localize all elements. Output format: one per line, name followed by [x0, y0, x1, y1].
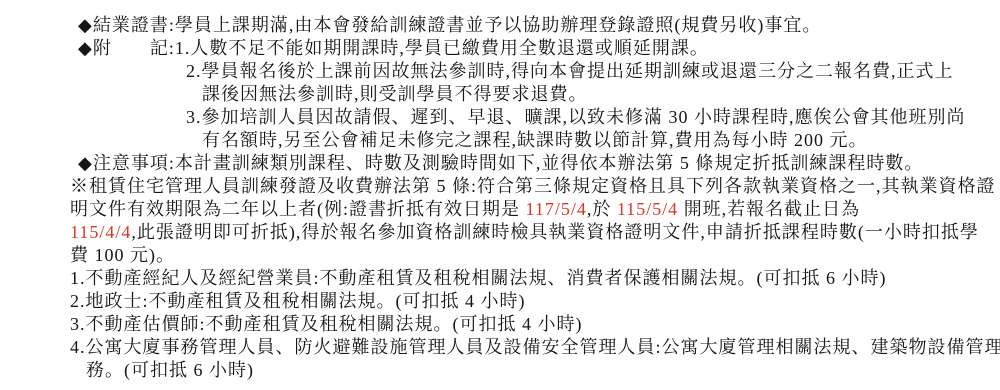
regulation-note-2-text-b: ,於	[587, 199, 617, 219]
line-regulation-note-3: 115/4/4,此張證明即可折抵),得於報名參加資格訓練時檢具執業資格證明文件,…	[70, 221, 990, 244]
line-regulation-note-1: ※租賃住宅管理人員訓練發證及收費辦法第 5 條:符合第三條規定資格且具下列各款執…	[70, 175, 990, 198]
appendix-item-3-text: 3.參加培訓人員因故請假、遲到、早退、曠課,以致未修滿 30 小時課程時,應俟公…	[186, 107, 966, 127]
line-offset-item-4: 4.公寓大廈事務管理人員、防火避難設施管理人員及設備安全管理人員:公寓大廈管理相…	[70, 336, 990, 359]
date-cert-valid: 117/5/4	[526, 199, 587, 219]
completion-certificate-text: 結業證書:學員上課期滿,由本會發給訓練證書並予以協助辦理登錄證照(規費另收)事宜…	[93, 15, 822, 35]
offset-item-4-cont-text: 務。(可扣抵 6 小時)	[86, 360, 254, 380]
date-class-start: 115/5/4	[617, 199, 678, 219]
appendix-item-3-cont-text: 有名額時,另至公會補足未修完之課程,缺課時數以節計算,費用為每小時 200 元。	[202, 130, 868, 150]
offset-item-2-text: 2.地政士:不動產租賃及租稅相關法規。(可扣抵 4 小時)	[70, 291, 526, 311]
diamond-bullet-icon: ◆	[78, 38, 93, 58]
diamond-bullet-icon: ◆	[78, 153, 93, 173]
appendix-item-2-text: 2.學員報名後於上課前因故無法參訓時,得向本會提出延期訓練或退還三分之二報名費,…	[186, 61, 954, 81]
regulation-note-4-text: 費 100 元)。	[70, 245, 175, 265]
document-page: ◆結業證書:學員上課期滿,由本會發給訓練證書並予以協助辦理登錄證照(規費另收)事…	[0, 0, 1000, 390]
line-offset-item-2: 2.地政士:不動產租賃及租稅相關法規。(可扣抵 4 小時)	[70, 290, 990, 313]
date-registration-deadline: 115/4/4	[70, 222, 131, 242]
line-appendix-item-2: 2.學員報名後於上課前因故無法參訓時,得向本會提出延期訓練或退還三分之二報名費,…	[70, 60, 990, 83]
line-notice: ◆注意事項:本計畫訓練類別課程、時數及測驗時間如下,並得依本辦法第 5 條規定折…	[70, 152, 990, 175]
line-appendix-item-3: 3.參加培訓人員因故請假、遲到、早退、曠課,以致未修滿 30 小時課程時,應俟公…	[70, 106, 990, 129]
appendix-item-1-text: 附 記:1.人數不足不能如期開課時,學員已繳費用全數退還或順延開課。	[93, 38, 709, 58]
offset-item-1-text: 1.不動產經紀人及經紀營業員:不動產租賃及租稅相關法規、消費者保護相關法規。(可…	[70, 268, 887, 288]
line-appendix-item-3-cont: 有名額時,另至公會補足未修完之課程,缺課時數以節計算,費用為每小時 200 元。	[70, 129, 990, 152]
regulation-note-3-text: ,此張證明即可折抵),得於報名參加資格訓練時檢具執業資格證明文件,申請折抵課程時…	[131, 222, 978, 242]
appendix-item-2-cont-text: 課後因無法參訓時,則受訓學員不得要求退費。	[202, 84, 588, 104]
regulation-note-2-text-c: 開班,若報名截止日為	[678, 199, 860, 219]
line-offset-item-1: 1.不動產經紀人及經紀營業員:不動產租賃及租稅相關法規、消費者保護相關法規。(可…	[70, 267, 990, 290]
regulation-note-2-text-a: 明文件有效期限為二年以上者(例:證書折抵有效日期是	[70, 199, 526, 219]
line-completion-certificate: ◆結業證書:學員上課期滿,由本會發給訓練證書並予以協助辦理登錄證照(規費另收)事…	[70, 14, 990, 37]
line-offset-item-3: 3.不動產估價師:不動產租賃及租稅相關法規。(可扣抵 4 小時)	[70, 313, 990, 336]
offset-item-4-text: 4.公寓大廈事務管理人員、防火避難設施管理人員及設備安全管理人員:公寓大廈管理相…	[70, 337, 1000, 357]
line-appendix-item-2-cont: 課後因無法參訓時,則受訓學員不得要求退費。	[70, 83, 990, 106]
line-regulation-note-4: 費 100 元)。	[70, 244, 990, 267]
diamond-bullet-icon: ◆	[78, 15, 93, 35]
notice-text: 注意事項:本計畫訓練類別課程、時數及測驗時間如下,並得依本辦法第 5 條規定折抵…	[93, 153, 924, 173]
line-regulation-note-2: 明文件有效期限為二年以上者(例:證書折抵有效日期是 117/5/4,於 115/…	[70, 198, 990, 221]
regulation-note-1-text: ※租賃住宅管理人員訓練發證及收費辦法第 5 條:符合第三條規定資格且具下列各款執…	[70, 176, 996, 196]
line-appendix-item-1: ◆附 記:1.人數不足不能如期開課時,學員已繳費用全數退還或順延開課。	[70, 37, 990, 60]
line-offset-item-4-cont: 務。(可扣抵 6 小時)	[70, 359, 990, 382]
offset-item-3-text: 3.不動產估價師:不動產租賃及租稅相關法規。(可扣抵 4 小時)	[70, 314, 583, 334]
